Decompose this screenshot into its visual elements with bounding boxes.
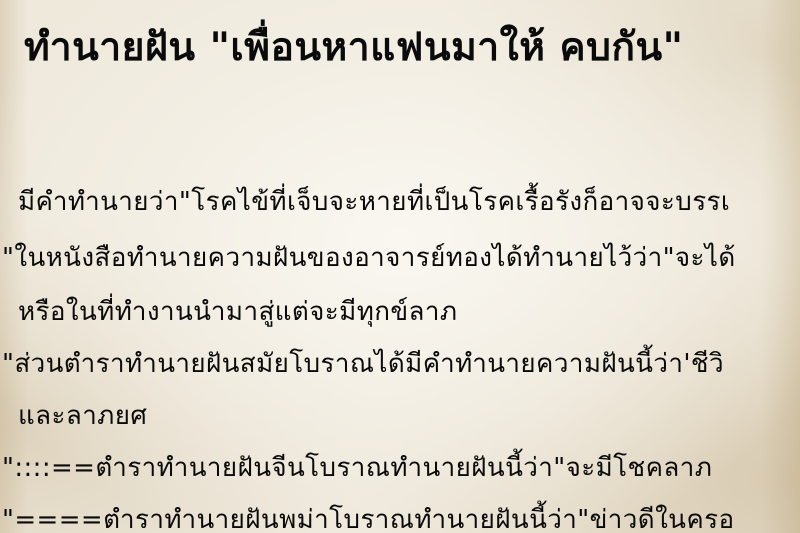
text-line-7: "====ตำราทำนายฝันพม่าโบราณทำนายฝันนี้ว่า…	[2, 502, 735, 533]
text-line-5: และลาภยศ	[18, 398, 147, 434]
text-line-4: "ส่วนตำราทำนายฝันสมัยโบราณได้มีคำทำนายคว…	[2, 346, 724, 382]
text-line-3: หรือในที่ทำงานนำมาสู่แต่จะมีทุกข์ลาภ	[18, 294, 457, 330]
text-line-2: "ในหนังสือทำนายความฝันของอาจารย์ทองได้ทำ…	[2, 240, 736, 276]
dream-interpretation-page: ทำนายฝัน "เพื่อนหาแฟนมาให้ คบกัน" มีคำทำ…	[0, 0, 800, 533]
text-line-1: มีคำทำนายว่า"โรคไข้ที่เจ็บจะหายที่เป็นโร…	[18, 184, 730, 220]
text-line-6: "::::==ตำราทำนายฝันจีนโบราณทำนายฝันนี้ว่…	[2, 450, 712, 486]
page-title: ทำนายฝัน "เพื่อนหาแฟนมาให้ คบกัน"	[24, 18, 683, 78]
